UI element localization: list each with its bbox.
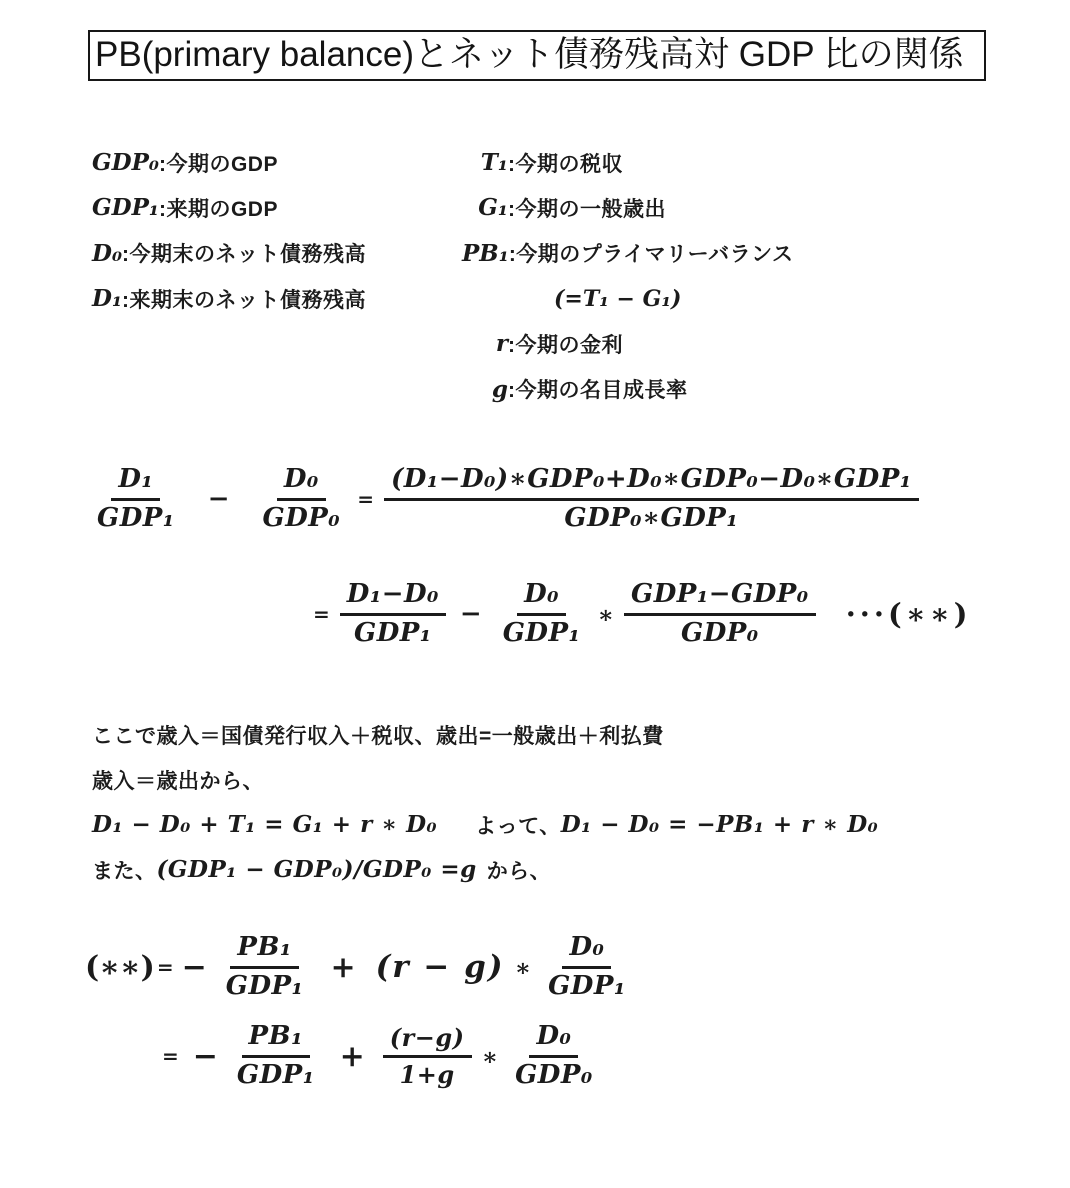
definitions-right-column: T₁:今期の税収 G₁:今期の一般歳出 PB₁:今期のプライマリーバランス (=… — [462, 140, 794, 412]
fraction: (D₁−D₀)∗GDP₀+D₀∗GDP₀−D₀∗GDP₁ GDP₀∗GDP₁ — [384, 465, 919, 534]
pb-paren-note: (=T₁ − G₁) — [462, 276, 794, 321]
math-symbol: g — [462, 376, 508, 403]
result-line-2: = − PB₁ GDP₁ + (r−g) 1+g ∗ D₀ GDP₀ — [152, 1022, 600, 1091]
body-text: よって、 — [475, 810, 561, 840]
body-text: 歳入＝歳出から、 — [92, 765, 264, 795]
operator-minus: − — [193, 1039, 218, 1074]
numerator: PB₁ — [230, 933, 298, 969]
derivation-line-2: = D₁−D₀ GDP₁ − D₀ GDP₁ ∗ GDP₁−GDP₀ GDP₀ … — [303, 580, 972, 649]
numerator: (D₁−D₀)∗GDP₀+D₀∗GDP₀−D₀∗GDP₁ — [384, 465, 919, 501]
definition-text: :今期のGDP — [159, 148, 278, 178]
body-text-line-2: 歳入＝歳出から、 — [92, 757, 878, 802]
denominator: GDP₁ — [90, 501, 182, 534]
body-text-line-3: D₁ − D₀ + T₁ = G₁ + r ∗ D₀ よって、 D₁ − D₀ … — [92, 802, 878, 847]
definition-text: :今期の税収 — [508, 148, 623, 178]
body-text: から、 — [487, 855, 552, 885]
definition-text: :今期末のネット債務残高 — [122, 238, 366, 268]
numerator: D₁ — [111, 465, 160, 501]
math-symbol: GDP₀ — [92, 149, 159, 176]
body-text-line-4: また、 (GDP₁ − GDP₀)/GDP₀ =g から、 — [92, 847, 878, 892]
operator-equals: = — [162, 1044, 179, 1068]
denominator: GDP₁ — [219, 969, 311, 1002]
math-symbol: G₁ — [462, 194, 508, 221]
title-box: PB(primary balance)とネット債務残高対 GDP 比の関係 — [88, 30, 986, 81]
operator-equals: = — [357, 487, 374, 511]
denominator: GDP₁ — [496, 616, 588, 649]
numerator: D₀ — [517, 580, 566, 616]
definition-row: g :今期の名目成長率 — [462, 366, 794, 411]
definition-row: GDP₀:今期のGDP — [92, 140, 366, 185]
math-symbol: PB₁ — [462, 240, 509, 267]
definition-row: GDP₁:来期のGDP — [92, 185, 366, 230]
operator-times: ∗ — [515, 953, 532, 982]
page-title: PB(primary balance)とネット債務残高対 GDP 比の関係 — [95, 35, 964, 74]
fraction: D₁ GDP₁ — [90, 465, 182, 534]
document-page: PB(primary balance)とネット債務残高対 GDP 比の関係 GD… — [0, 0, 1070, 1188]
math-expression: D₁ − D₀ = −PB₁ + r ∗ D₀ — [561, 811, 879, 838]
formula-tag: ···(∗∗) — [846, 597, 972, 631]
numerator: D₀ — [277, 465, 326, 501]
operator-times: ∗ — [482, 1042, 499, 1071]
result-line-1: (∗∗) = − PB₁ GDP₁ + (r − g) ∗ D₀ GDP₁ — [85, 933, 633, 1002]
definition-text: :今期の名目成長率 — [508, 374, 688, 404]
denominator: GDP₀ — [508, 1058, 600, 1091]
definitions-left-column: GDP₀:今期のGDP GDP₁:来期のGDP D₀:今期末のネット債務残高 D… — [92, 140, 366, 321]
denominator: GDP₀ — [674, 616, 766, 649]
numerator: D₁−D₀ — [340, 580, 446, 616]
definition-text: :今期の金利 — [508, 329, 623, 359]
body-text-line-1: ここで歳入＝国債発行収入＋税収、歳出=一般歳出＋利払費 — [92, 712, 878, 757]
fraction: D₀ GDP₁ — [496, 580, 588, 649]
fraction: D₀ GDP₀ — [508, 1022, 600, 1091]
fraction: D₀ GDP₀ — [256, 465, 348, 534]
fraction: GDP₁−GDP₀ GDP₀ — [624, 580, 816, 649]
math-expression: (=T₁ − G₁) — [554, 286, 681, 312]
operator-minus: − — [182, 950, 207, 985]
operator-minus: − — [208, 484, 230, 514]
fraction: D₀ GDP₁ — [541, 933, 633, 1002]
paren-term: (r − g) — [376, 949, 505, 985]
definition-row: D₁:来期末のネット債務残高 — [92, 276, 366, 321]
body-text: また、 — [92, 855, 157, 885]
math-symbol: D₀ — [92, 240, 122, 267]
denominator: GDP₁ — [347, 616, 439, 649]
math-symbol: r — [462, 330, 508, 357]
math-expression: D₁ − D₀ + T₁ = G₁ + r ∗ D₀ — [92, 811, 437, 838]
fraction: (r−g) 1+g — [383, 1024, 472, 1088]
operator-plus: + — [340, 1039, 365, 1074]
denominator: GDP₁ — [541, 969, 633, 1002]
definition-row: T₁:今期の税収 — [462, 140, 794, 185]
denominator: GDP₁ — [230, 1058, 322, 1091]
star-label: (∗∗) — [85, 950, 155, 985]
definition-text: :今期の一般歳出 — [508, 193, 666, 223]
fraction: D₁−D₀ GDP₁ — [340, 580, 446, 649]
definition-text: :来期のGDP — [159, 193, 278, 223]
denominator: GDP₀∗GDP₁ — [557, 501, 745, 534]
numerator: D₀ — [562, 933, 611, 969]
math-symbol: T₁ — [462, 149, 508, 176]
body-text: ここで歳入＝国債発行収入＋税収、歳出=一般歳出＋利払費 — [92, 720, 664, 750]
body-text-section: ここで歳入＝国債発行収入＋税収、歳出=一般歳出＋利払費 歳入＝歳出から、 D₁ … — [92, 712, 878, 892]
denominator: GDP₀ — [256, 501, 348, 534]
operator-minus: − — [460, 599, 482, 629]
math-symbol: D₁ — [92, 285, 122, 312]
math-symbol: GDP₁ — [92, 194, 159, 221]
derivation-line-1: D₁ GDP₁ − D₀ GDP₀ = (D₁−D₀)∗GDP₀+D₀∗GDP₀… — [90, 465, 919, 534]
operator-plus: + — [330, 950, 355, 985]
definition-text: :今期のプライマリーバランス — [509, 238, 794, 268]
numerator: (r−g) — [383, 1024, 472, 1058]
fraction: PB₁ GDP₁ — [219, 933, 311, 1002]
definition-row: D₀:今期末のネット債務残高 — [92, 231, 366, 276]
definition-row: r :今期の金利 — [462, 321, 794, 366]
numerator: GDP₁−GDP₀ — [624, 580, 816, 616]
operator-equals: = — [313, 602, 330, 626]
definition-row: G₁:今期の一般歳出 — [462, 185, 794, 230]
math-expression: (GDP₁ − GDP₀)/GDP₀ =g — [157, 856, 477, 883]
denominator: 1+g — [393, 1058, 462, 1089]
numerator: D₀ — [529, 1022, 578, 1058]
definition-row: PB₁:今期のプライマリーバランス — [462, 231, 794, 276]
numerator: PB₁ — [242, 1022, 310, 1058]
definition-text: :来期末のネット債務残高 — [122, 284, 366, 314]
operator-times: ∗ — [597, 600, 614, 629]
operator-equals: = — [157, 955, 174, 979]
fraction: PB₁ GDP₁ — [230, 1022, 322, 1091]
